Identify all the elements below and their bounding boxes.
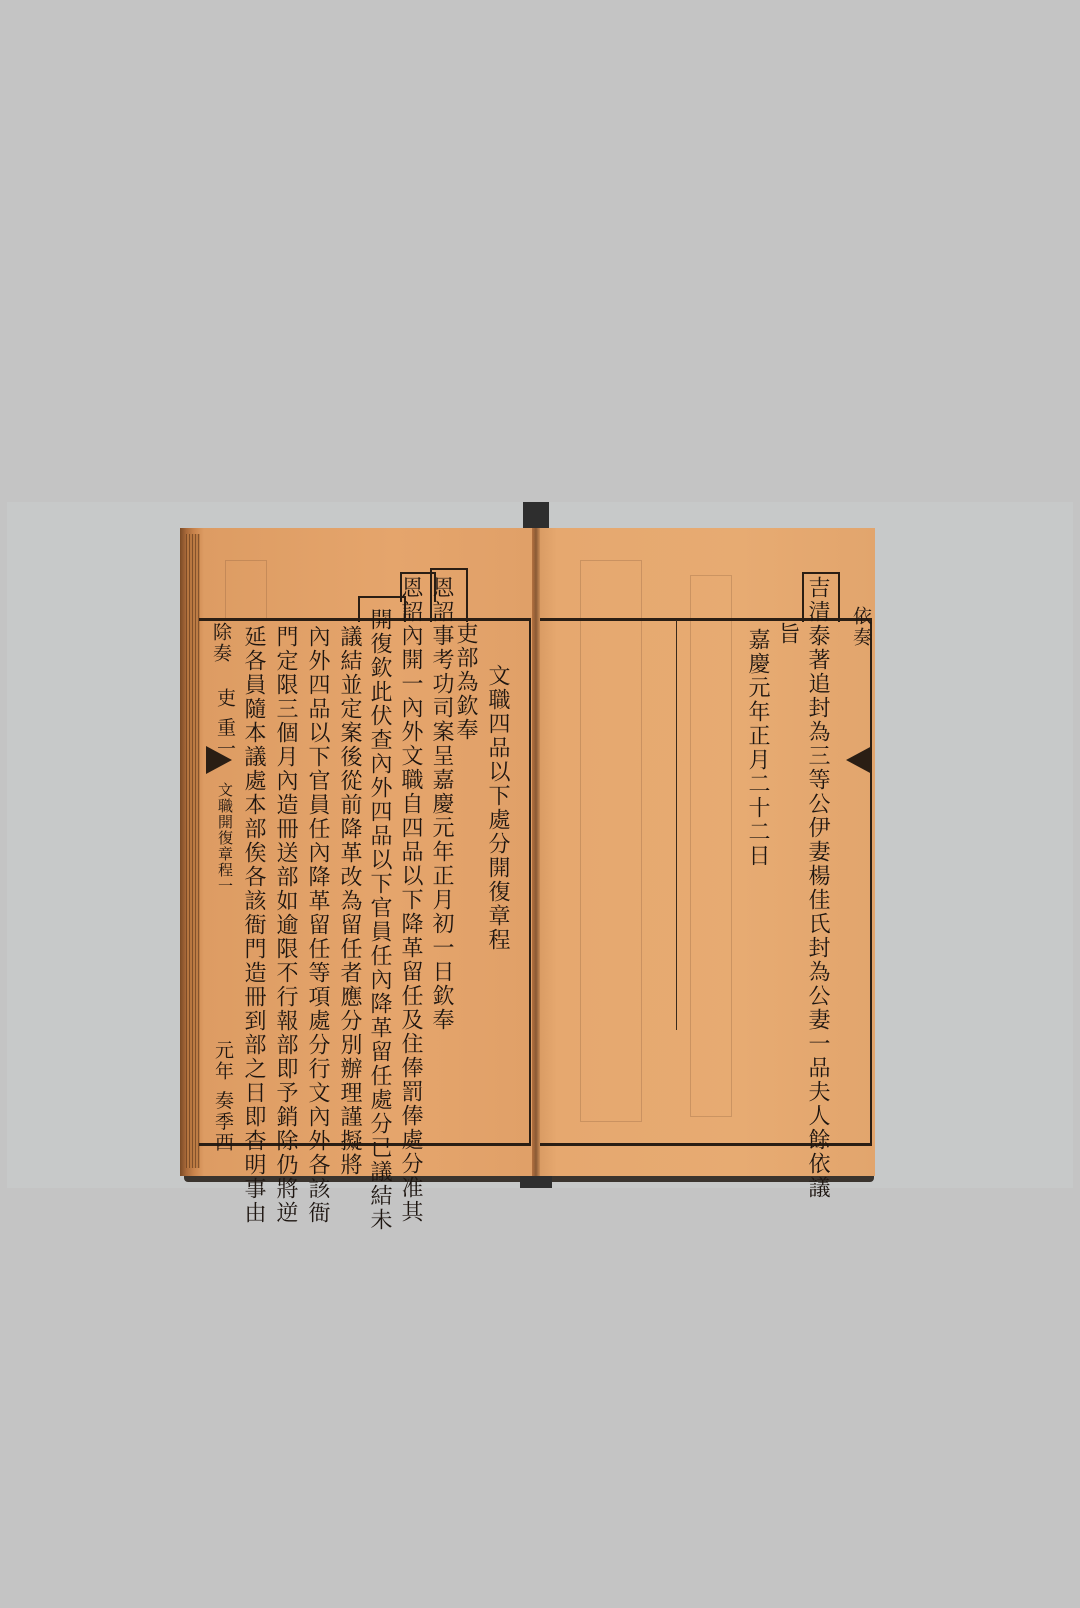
- page-edge-stack: [186, 534, 200, 1168]
- fish-tail-title: 文職開復章程一: [216, 782, 234, 894]
- margin-note-bottom: 元年 奏季西: [210, 1040, 236, 1153]
- text-column: 旨: [774, 622, 800, 646]
- book-spine-top: [523, 502, 549, 530]
- text-column: 恩詔內開一內外文職自四品以下降革留任及住俸罰俸處分准其: [397, 576, 423, 1224]
- text-column: 延各員隨本議處本部俟各該衙門造冊到部之日即杳明事由: [240, 625, 266, 1225]
- text-column: 吏部為欽奉: [452, 622, 478, 742]
- text-column: 開復欽此伏查內外四品以下官員任內降革留任處分已議結未: [366, 608, 392, 1232]
- fish-tail-mark: [846, 746, 872, 774]
- text-column: 門定限三個月內造冊送部如逾限不行報部即予銷除仍將逆: [272, 625, 298, 1225]
- date-column: 嘉慶元年正月二十二日: [744, 628, 770, 868]
- margin-note-mid: 吏 重一: [212, 688, 238, 759]
- book-gutter: [532, 528, 540, 1176]
- text-column: 吉清泰著追封為三等公伊妻楊佳氏封為公妻一品夫人餘依議: [804, 576, 830, 1200]
- margin-note-top: 依奏: [848, 606, 874, 648]
- text-column: 恩詔事考功司案呈嘉慶元年正月初一日欽奉: [428, 576, 454, 1032]
- column-rule: [676, 620, 677, 1030]
- title-column: 文職四品以下處分開復章程: [484, 664, 510, 952]
- text-column: 議結並定案後從前降革改為留任者應分別辦理謹擬將: [336, 625, 362, 1177]
- show-through-mark: [225, 560, 267, 620]
- text-column: 內外四品以下官員任內降革留任等項處分行文內外各該衙: [304, 625, 330, 1225]
- margin-note-top: 除奏: [208, 622, 234, 664]
